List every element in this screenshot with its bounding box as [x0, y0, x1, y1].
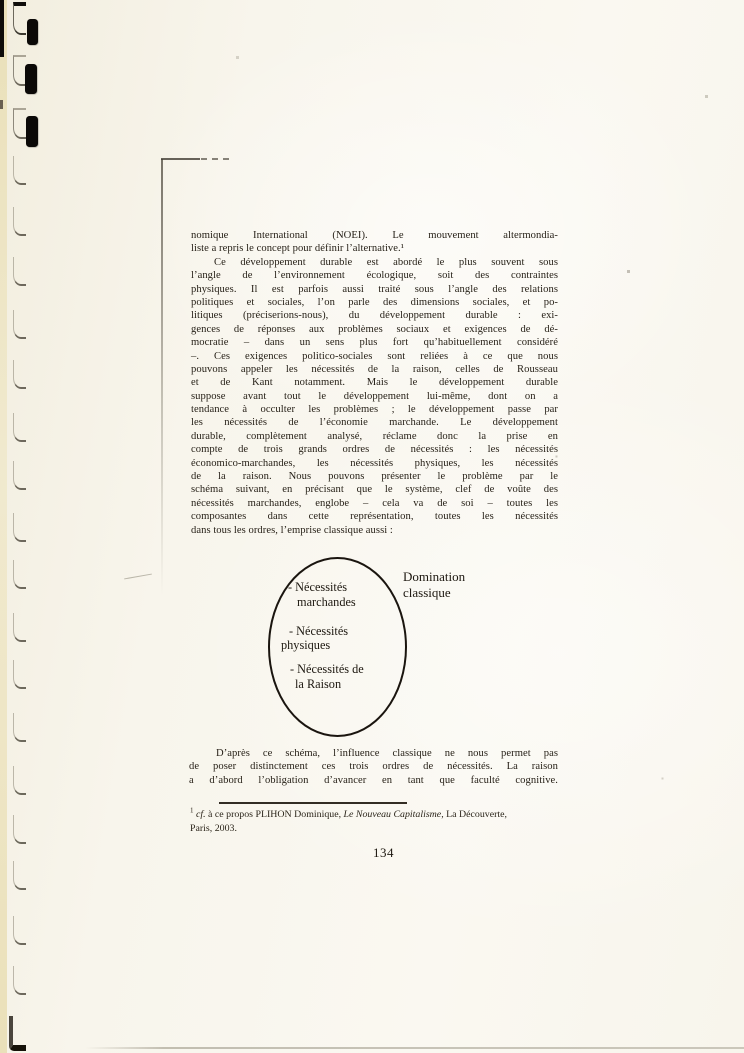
- text-line: D’après ce schéma, l’influence classique…: [189, 747, 558, 760]
- binding-hook-mark: [13, 2, 26, 35]
- binding-hook-mark: [13, 966, 26, 995]
- page-number: 134: [200, 845, 567, 861]
- binding-hook-mark: [13, 766, 26, 795]
- text-line: Ce développement durable est abordé le p…: [191, 256, 558, 269]
- binding-hook-mark: [13, 613, 26, 642]
- scan-edge-notch: [0, 100, 3, 109]
- binding-hole-mark: [27, 19, 38, 45]
- text-line: et de Kant notamment. Mais le développem…: [191, 376, 558, 389]
- binding-hole-mark: [26, 116, 38, 147]
- diagram-bullet-market-necessities: marchandes: [297, 595, 356, 609]
- text-line: durable, complètement analysé, réclame d…: [191, 430, 558, 443]
- copy-corner-vertical-line: [161, 159, 163, 596]
- text-line: nomique International (NOEI). Le mouveme…: [191, 229, 558, 242]
- diagram-outside-label: Domination: [403, 570, 465, 584]
- binding-hook-mark: [13, 207, 26, 236]
- text-line: schéma suivant, en précisant que le syst…: [191, 483, 558, 496]
- copy-corner-dashed-line: [201, 158, 229, 160]
- text-line: a d’abord l’obligation d’avancer en tant…: [189, 774, 558, 787]
- binding-hook-mark: [13, 660, 26, 689]
- binding-hook-mark: [13, 413, 26, 442]
- text-line: économico-marchandes, les nécessités phy…: [191, 457, 558, 470]
- binding-hook-mark: [13, 513, 26, 542]
- scan-bottom-edge-line: [85, 1047, 744, 1049]
- text-line: tendance à occulter les problèmes ; le d…: [191, 403, 558, 416]
- binding-hook-mark: [13, 360, 26, 389]
- binding-hook-mark: [13, 156, 26, 185]
- footnote-text: , La Découverte,: [441, 809, 507, 820]
- text-line: l’angle de l’environnement écologique, s…: [191, 269, 558, 282]
- page-left-edge-shadow: [0, 0, 7, 1053]
- scan-edge-mark: [0, 0, 4, 57]
- text-line: mocratie – dans un sens plus fort qu’hab…: [191, 336, 558, 349]
- binding-hook-mark: [13, 815, 26, 844]
- text-line: –. Ces exigences politico-sociales sont …: [191, 350, 558, 363]
- diagram-bullet-physical-necessities: - Nécessités: [289, 624, 348, 638]
- text-line: politiques et sociales, l’on parle des d…: [191, 296, 558, 309]
- binding-hook-mark: [13, 461, 26, 490]
- text-line: dans tous les ordres, l’emprise classiqu…: [191, 524, 558, 537]
- closing-paragraph: D’après ce schéma, l’influence classique…: [189, 747, 558, 787]
- diagram-outside-label: classique: [403, 586, 451, 600]
- binding-hook-mark: [13, 560, 26, 589]
- paragraph: nomique International (NOEI). Le mouveme…: [191, 229, 558, 256]
- binding-hook-mark: [13, 713, 26, 742]
- main-text-column: nomique International (NOEI). Le mouveme…: [191, 229, 558, 537]
- binding-hook-mark: [13, 108, 26, 139]
- text-line: pouvons appeler les nécessités de la rai…: [191, 363, 558, 376]
- binding-hole-mark: [25, 64, 37, 94]
- text-line: litiques (préciserions-nous), du dévelop…: [191, 309, 558, 322]
- text-line: compte de trois grands ordres de nécessi…: [191, 443, 558, 456]
- footnote: 1 cf. à ce propos PLIHON Dominique, Le N…: [190, 808, 568, 835]
- text-line: de poser distinctement ces trois ordres …: [189, 760, 558, 773]
- footnote-text: à ce propos PLIHON Dominique,: [206, 809, 344, 820]
- binding-hook-mark: [13, 861, 26, 890]
- binding-hook-mark: [9, 1016, 26, 1051]
- text-line: physiques. Il est parfois aussi traité s…: [191, 283, 558, 296]
- scan-specks: [0, 0, 1, 1]
- copy-corner-horizontal-line: [161, 158, 200, 160]
- text-line: les nécessités de l’économie marchande. …: [191, 416, 558, 429]
- scan-scratch-mark: [124, 574, 152, 580]
- diagram-bullet-physical-necessities: physiques: [281, 638, 330, 652]
- paragraph: Ce développement durable est abordé le p…: [191, 256, 558, 537]
- footnote-book-title: Le Nouveau Capitalisme: [344, 809, 442, 820]
- text-line: suppose avant tout le développement lui-…: [191, 390, 558, 403]
- binding-hook-mark: [13, 916, 26, 945]
- text-line: liste a repris le concept pour définir l…: [191, 242, 558, 255]
- paragraph: D’après ce schéma, l’influence classique…: [189, 747, 558, 787]
- diagram-bullet-market-necessities: - Nécessités: [288, 580, 347, 594]
- text-line: gences de réponses aux problèmes sociaux…: [191, 323, 558, 336]
- footnote-separator-rule: [219, 802, 407, 804]
- footnote-line: 1 cf. à ce propos PLIHON Dominique, Le N…: [190, 808, 568, 822]
- footnote-cf: cf.: [196, 809, 206, 820]
- text-line: nécessités marchandes, englobe – cela va…: [191, 497, 558, 510]
- footnote-line: Paris, 2003.: [190, 822, 568, 836]
- scanned-book-page: nomique International (NOEI). Le mouveme…: [0, 0, 744, 1053]
- diagram-bullet-reason-necessities: - Nécessités de: [290, 662, 364, 676]
- diagram-bullet-reason-necessities: la Raison: [295, 677, 341, 691]
- text-line: de la raison. Nous pouvons présenter le …: [191, 470, 558, 483]
- text-line: composantes dans cette représentation, t…: [191, 510, 558, 523]
- footnote-marker: 1: [190, 807, 194, 815]
- binding-hook-mark: [13, 257, 26, 286]
- binding-hook-mark: [13, 310, 26, 339]
